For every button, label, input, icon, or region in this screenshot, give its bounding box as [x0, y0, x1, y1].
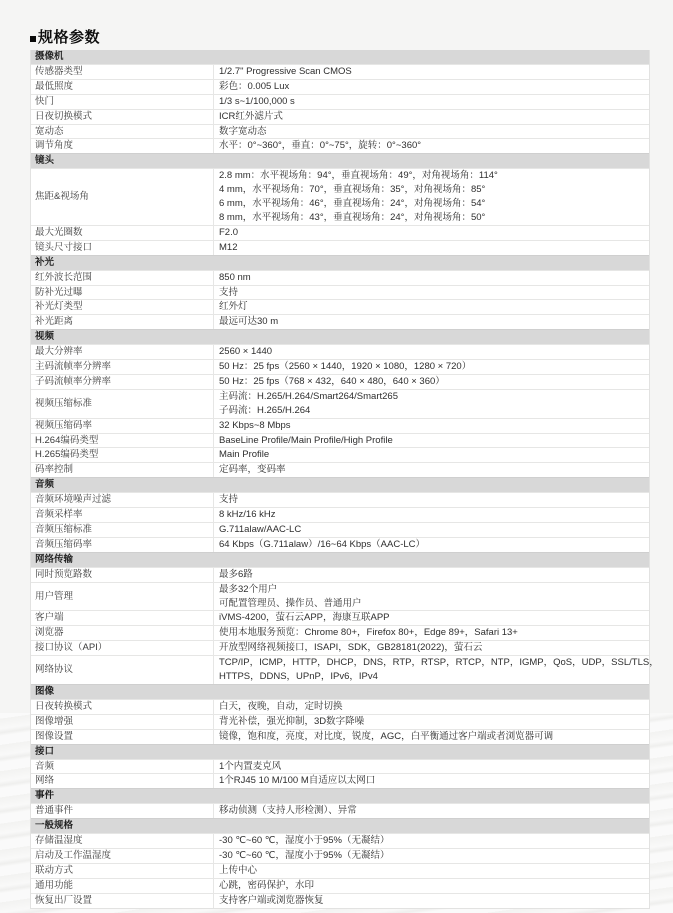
row-value: 上传中心: [214, 864, 649, 878]
table-row: 恢复出厂设置支持客户端或浏览器恢复: [31, 893, 649, 908]
row-value-line: 子码流：H.265/H.264: [219, 404, 649, 418]
row-value-line: 背光补偿，强光抑制，3D数字降噪: [219, 715, 649, 729]
row-value: BaseLine Profile/Main Profile/High Profi…: [214, 434, 649, 448]
row-value: 1/2.7" Progressive Scan CMOS: [214, 65, 649, 79]
table-row: 最低照度彩色：0.005 Lux: [31, 79, 649, 94]
row-label-text: 日夜转换模式: [35, 700, 92, 714]
table-row: 焦距&视场角2.8 mm：水平视场角：94°，垂直视场角：49°，对角视场角：1…: [31, 168, 649, 225]
table-row: 用户管理最多32个用户可配置管理员、操作员、普通用户: [31, 582, 649, 611]
row-label: 音频环境噪声过滤: [31, 493, 214, 507]
table-row: 子码流帧率分辨率50 Hz：25 fps（768 × 432，640 × 480…: [31, 374, 649, 389]
row-label: 图像增强: [31, 715, 214, 729]
row-label: 存储温湿度: [31, 834, 214, 848]
table-row: 码率控制定码率，变码率: [31, 462, 649, 477]
row-value-line: 8 mm，水平视场角：43°，垂直视场角：24°，对角视场角：50°: [219, 211, 649, 225]
row-value-line: 开放型网络视频接口，ISAPI，SDK，GB28181(2022)，萤石云: [219, 641, 649, 655]
row-value: 最多6路: [214, 568, 649, 582]
row-value-line: iVMS-4200，萤石云APP，海康互联APP: [219, 611, 649, 625]
row-label: 宽动态: [31, 125, 214, 139]
row-label: 码率控制: [31, 463, 214, 477]
row-value-line: G.711alaw/AAC-LC: [219, 523, 649, 537]
row-value-line: F2.0: [219, 226, 649, 240]
row-value: 彩色：0.005 Lux: [214, 80, 649, 94]
row-value: 红外灯: [214, 300, 649, 314]
section-header: 网络传输: [31, 552, 649, 567]
row-label-text: 网络协议: [35, 663, 73, 677]
row-value-line: 64 Kbps（G.711alaw）/16~64 Kbps（AAC-LC）: [219, 538, 649, 552]
row-label-text: 联动方式: [35, 864, 73, 878]
table-row: H.265编码类型Main Profile: [31, 447, 649, 462]
row-label: 防补光过曝: [31, 286, 214, 300]
row-value: 水平：0°~360°，垂直：0°~75°，旋转：0°~360°: [214, 139, 649, 153]
table-row: H.264编码类型BaseLine Profile/Main Profile/H…: [31, 433, 649, 448]
row-label-text: 浏览器: [35, 626, 64, 640]
row-value: 最远可达30 m: [214, 315, 649, 329]
row-value: 850 nm: [214, 271, 649, 285]
row-label-text: 图像设置: [35, 730, 73, 744]
row-label: 网络: [31, 774, 214, 788]
row-label: 客户端: [31, 611, 214, 625]
row-label-text: 码率控制: [35, 463, 73, 477]
row-label-text: 子码流帧率分辨率: [35, 375, 111, 389]
table-row: 主码流帧率分辨率50 Hz：25 fps（2560 × 1440，1920 × …: [31, 359, 649, 374]
row-value-line: 1/3 s~1/100,000 s: [219, 95, 649, 109]
table-row: 日夜转换模式白天，夜晚，自动，定时切换: [31, 699, 649, 714]
row-value-line: M12: [219, 241, 649, 255]
table-row: 调节角度水平：0°~360°，垂直：0°~75°，旋转：0°~360°: [31, 138, 649, 153]
row-value-line: 50 Hz：25 fps（768 × 432，640 × 480，640 × 3…: [219, 375, 649, 389]
row-value: 定码率，变码率: [214, 463, 649, 477]
row-label: 接口协议（API）: [31, 641, 214, 655]
row-label: 快门: [31, 95, 214, 109]
row-label: 主码流帧率分辨率: [31, 360, 214, 374]
row-value: -30 ℃~60 ℃，湿度小于95%（无凝结）: [214, 834, 649, 848]
table-row: 网络1个RJ45 10 M/100 M自适应以太网口: [31, 773, 649, 788]
section-header: 音频: [31, 477, 649, 492]
row-value-line: TCP/IP，ICMP，HTTP，DHCP，DNS，RTP，RTSP，RTCP，…: [219, 656, 659, 670]
section-header: 事件: [31, 788, 649, 803]
table-row: 最大光圈数F2.0: [31, 225, 649, 240]
section-header: 镜头: [31, 153, 649, 168]
row-label-text: 日夜切换模式: [35, 110, 92, 124]
row-value: 32 Kbps~8 Mbps: [214, 419, 649, 433]
table-row: 防补光过曝支持: [31, 285, 649, 300]
table-row: 音频1个内置麦克风: [31, 759, 649, 774]
row-value: 白天，夜晚，自动，定时切换: [214, 700, 649, 714]
row-value-line: 上传中心: [219, 864, 649, 878]
row-label: H.265编码类型: [31, 448, 214, 462]
section-header: 摄像机: [31, 50, 649, 64]
row-value-line: BaseLine Profile/Main Profile/High Profi…: [219, 434, 649, 448]
row-label: 补光灯类型: [31, 300, 214, 314]
row-value: 1/3 s~1/100,000 s: [214, 95, 649, 109]
row-value: 64 Kbps（G.711alaw）/16~64 Kbps（AAC-LC）: [214, 538, 649, 552]
table-row: 快门1/3 s~1/100,000 s: [31, 94, 649, 109]
row-value-line: 8 kHz/16 kHz: [219, 508, 649, 522]
row-value: 镜像，饱和度，亮度，对比度，锐度，AGC，白平衡通过客户端或者浏览器可调: [214, 730, 649, 744]
row-value: 使用本地服务预览：Chrome 80+，Firefox 80+，Edge 89+…: [214, 626, 649, 640]
row-label-text: 音频环境噪声过滤: [35, 493, 111, 507]
row-value: ICR红外滤片式: [214, 110, 649, 124]
row-label: 调节角度: [31, 139, 214, 153]
table-row: 视频压缩标准主码流：H.265/H.264/Smart264/Smart265子…: [31, 389, 649, 418]
row-value-line: 最多32个用户: [219, 583, 649, 597]
table-row: 客户端iVMS-4200，萤石云APP，海康互联APP: [31, 610, 649, 625]
table-row: 最大分辨率2560 × 1440: [31, 344, 649, 359]
row-label: 红外波长范围: [31, 271, 214, 285]
row-label-text: 红外波长范围: [35, 271, 92, 285]
row-value: 心跳，密码保护，水印: [214, 879, 649, 893]
row-label-text: 视频压缩码率: [35, 419, 92, 433]
row-label-text: 快门: [35, 95, 54, 109]
row-value-line: 6 mm，水平视场角：46°，垂直视场角：24°，对角视场角：54°: [219, 197, 649, 211]
row-value-line: 支持客户端或浏览器恢复: [219, 894, 649, 908]
row-value: TCP/IP，ICMP，HTTP，DHCP，DNS，RTP，RTSP，RTCP，…: [214, 656, 659, 684]
row-label-text: 最大分辨率: [35, 345, 83, 359]
row-value-line: ICR红外滤片式: [219, 110, 649, 124]
row-label-text: 防补光过曝: [35, 286, 83, 300]
row-value: 支持客户端或浏览器恢复: [214, 894, 649, 908]
table-row: 日夜切换模式ICR红外滤片式: [31, 109, 649, 124]
row-value-line: Main Profile: [219, 448, 649, 462]
row-label: 音频: [31, 760, 214, 774]
row-value: 主码流：H.265/H.264/Smart264/Smart265子码流：H.2…: [214, 390, 649, 418]
row-value-line: -30 ℃~60 ℃，湿度小于95%（无凝结）: [219, 849, 649, 863]
row-label: 同时预览路数: [31, 568, 214, 582]
row-label: 最大光圈数: [31, 226, 214, 240]
row-label: 日夜切换模式: [31, 110, 214, 124]
row-label-text: 图像增强: [35, 715, 73, 729]
row-label-text: 音频: [35, 760, 54, 774]
table-row: 音频环境噪声过滤支持: [31, 492, 649, 507]
row-value: 50 Hz：25 fps（2560 × 1440，1920 × 1080，128…: [214, 360, 649, 374]
row-label: 音频采样率: [31, 508, 214, 522]
row-value-line: 水平：0°~360°，垂直：0°~75°，旋转：0°~360°: [219, 139, 649, 153]
row-value-line: 850 nm: [219, 271, 649, 285]
row-label: H.264编码类型: [31, 434, 214, 448]
table-row: 联动方式上传中心: [31, 863, 649, 878]
section-header: 图像: [31, 684, 649, 699]
section-header: 接口: [31, 744, 649, 759]
row-value-line: 最远可达30 m: [219, 315, 649, 329]
row-label-text: 通用功能: [35, 879, 73, 893]
row-value-line: HTTPS，DDNS，UPnP，IPv6，IPv4: [219, 670, 659, 684]
row-value-line: 32 Kbps~8 Mbps: [219, 419, 649, 433]
row-label: 补光距离: [31, 315, 214, 329]
row-value: G.711alaw/AAC-LC: [214, 523, 649, 537]
row-value-line: 白天，夜晚，自动，定时切换: [219, 700, 649, 714]
row-label-text: 存储温湿度: [35, 834, 83, 848]
row-label-text: 补光距离: [35, 315, 73, 329]
row-label: 焦距&视场角: [31, 169, 214, 225]
row-label-text: 普通事件: [35, 804, 73, 818]
row-value: 背光补偿，强光抑制，3D数字降噪: [214, 715, 649, 729]
row-value: 2560 × 1440: [214, 345, 649, 359]
row-label-text: 网络: [35, 774, 54, 788]
row-value-line: 4 mm，水平视场角：70°，垂直视场角：35°，对角视场角：85°: [219, 183, 649, 197]
page-title: 规格参数: [30, 26, 673, 47]
row-label-text: 主码流帧率分辨率: [35, 360, 111, 374]
row-value-line: 使用本地服务预览：Chrome 80+，Firefox 80+，Edge 89+…: [219, 626, 649, 640]
page-title-text: 规格参数: [38, 26, 100, 47]
table-row: 红外波长范围850 nm: [31, 270, 649, 285]
row-label: 子码流帧率分辨率: [31, 375, 214, 389]
row-value-line: 数字宽动态: [219, 125, 649, 139]
table-row: 图像增强背光补偿，强光抑制，3D数字降噪: [31, 714, 649, 729]
row-value: -30 ℃~60 ℃，湿度小于95%（无凝结）: [214, 849, 649, 863]
table-row: 普通事件移动侦测（支持人形检测）、异常: [31, 803, 649, 818]
row-label-text: H.264编码类型: [35, 434, 98, 448]
row-value-line: 1/2.7" Progressive Scan CMOS: [219, 65, 649, 79]
row-label-text: 补光灯类型: [35, 300, 83, 314]
section-header: 补光: [31, 255, 649, 270]
row-label: 日夜转换模式: [31, 700, 214, 714]
row-label-text: 视频压缩标准: [35, 397, 92, 411]
table-row: 启动及工作温湿度-30 ℃~60 ℃，湿度小于95%（无凝结）: [31, 848, 649, 863]
row-value-line: 红外灯: [219, 300, 649, 314]
row-value-line: 彩色：0.005 Lux: [219, 80, 649, 94]
row-label: 最低照度: [31, 80, 214, 94]
row-label: 视频压缩标准: [31, 390, 214, 418]
row-value-line: 移动侦测（支持人形检测）、异常: [219, 804, 649, 818]
row-label-text: 传感器类型: [35, 65, 83, 79]
row-value: 最多32个用户可配置管理员、操作员、普通用户: [214, 583, 649, 611]
row-value: 支持: [214, 493, 649, 507]
row-label-text: 最低照度: [35, 80, 73, 94]
table-row: 镜头尺寸接口M12: [31, 240, 649, 255]
table-row: 传感器类型1/2.7" Progressive Scan CMOS: [31, 64, 649, 79]
table-row: 浏览器使用本地服务预览：Chrome 80+，Firefox 80+，Edge …: [31, 625, 649, 640]
row-label-text: 启动及工作温湿度: [35, 849, 111, 863]
row-value-line: 50 Hz：25 fps（2560 × 1440，1920 × 1080，128…: [219, 360, 649, 374]
row-value: iVMS-4200，萤石云APP，海康互联APP: [214, 611, 649, 625]
table-row: 音频采样率8 kHz/16 kHz: [31, 507, 649, 522]
row-label: 启动及工作温湿度: [31, 849, 214, 863]
row-label-text: 用户管理: [35, 590, 73, 604]
row-label-text: 客户端: [35, 611, 64, 625]
table-row: 补光距离最远可达30 m: [31, 314, 649, 329]
row-label: 图像设置: [31, 730, 214, 744]
row-value: 移动侦测（支持人形检测）、异常: [214, 804, 649, 818]
table-row: 网络协议TCP/IP，ICMP，HTTP，DHCP，DNS，RTP，RTSP，R…: [31, 655, 649, 684]
row-value-line: 支持: [219, 493, 649, 507]
row-value: 8 kHz/16 kHz: [214, 508, 649, 522]
row-value-line: 2.8 mm：水平视场角：94°，垂直视场角：49°，对角视场角：114°: [219, 169, 649, 183]
row-value-line: 支持: [219, 286, 649, 300]
row-label-text: 最大光圈数: [35, 226, 83, 240]
table-row: 宽动态数字宽动态: [31, 124, 649, 139]
row-label: 恢复出厂设置: [31, 894, 214, 908]
spec-table: 摄像机传感器类型1/2.7" Progressive Scan CMOS最低照度…: [30, 50, 650, 909]
row-value: M12: [214, 241, 649, 255]
row-label-text: 调节角度: [35, 139, 73, 153]
bullet-square-icon: [30, 36, 36, 42]
table-row: 视频压缩码率32 Kbps~8 Mbps: [31, 418, 649, 433]
row-value-line: -30 ℃~60 ℃，湿度小于95%（无凝结）: [219, 834, 649, 848]
table-row: 同时预览路数最多6路: [31, 567, 649, 582]
row-value-line: 定码率，变码率: [219, 463, 649, 477]
row-label-text: 恢复出厂设置: [35, 894, 92, 908]
row-label-text: H.265编码类型: [35, 448, 98, 462]
row-label-text: 音频采样率: [35, 508, 83, 522]
row-label-text: 同时预览路数: [35, 568, 92, 582]
row-value-line: 可配置管理员、操作员、普通用户: [219, 597, 649, 611]
row-value: F2.0: [214, 226, 649, 240]
row-value-line: 2560 × 1440: [219, 345, 649, 359]
row-value: 数字宽动态: [214, 125, 649, 139]
row-label: 用户管理: [31, 583, 214, 611]
table-row: 接口协议（API）开放型网络视频接口，ISAPI，SDK，GB28181(202…: [31, 640, 649, 655]
row-value-line: 1个内置麦克风: [219, 760, 649, 774]
row-label: 通用功能: [31, 879, 214, 893]
row-value: 1个RJ45 10 M/100 M自适应以太网口: [214, 774, 649, 788]
row-label-text: 音频压缩标准: [35, 523, 92, 537]
row-label-text: 镜头尺寸接口: [35, 241, 92, 255]
row-value: 开放型网络视频接口，ISAPI，SDK，GB28181(2022)，萤石云: [214, 641, 649, 655]
row-value-line: 心跳，密码保护，水印: [219, 879, 649, 893]
row-label-text: 焦距&视场角: [35, 190, 89, 204]
row-value-line: 最多6路: [219, 568, 649, 582]
row-label: 浏览器: [31, 626, 214, 640]
row-label: 音频压缩标准: [31, 523, 214, 537]
row-label: 视频压缩码率: [31, 419, 214, 433]
row-value: 2.8 mm：水平视场角：94°，垂直视场角：49°，对角视场角：114°4 m…: [214, 169, 649, 225]
table-row: 图像设置镜像，饱和度，亮度，对比度，锐度，AGC，白平衡通过客户端或者浏览器可调: [31, 729, 649, 744]
table-row: 存储温湿度-30 ℃~60 ℃，湿度小于95%（无凝结）: [31, 833, 649, 848]
row-label: 普通事件: [31, 804, 214, 818]
row-label: 网络协议: [31, 656, 214, 684]
table-row: 音频压缩标准G.711alaw/AAC-LC: [31, 522, 649, 537]
row-label-text: 接口协议（API）: [35, 641, 107, 655]
row-label: 传感器类型: [31, 65, 214, 79]
table-row: 通用功能心跳，密码保护，水印: [31, 878, 649, 893]
row-value: 支持: [214, 286, 649, 300]
section-header: 视频: [31, 329, 649, 344]
row-value-line: 1个RJ45 10 M/100 M自适应以太网口: [219, 774, 649, 788]
table-row: 补光灯类型红外灯: [31, 299, 649, 314]
row-value: Main Profile: [214, 448, 649, 462]
row-value-line: 镜像，饱和度，亮度，对比度，锐度，AGC，白平衡通过客户端或者浏览器可调: [219, 730, 649, 744]
row-label: 音频压缩码率: [31, 538, 214, 552]
row-label: 镜头尺寸接口: [31, 241, 214, 255]
row-label: 联动方式: [31, 864, 214, 878]
row-label: 最大分辨率: [31, 345, 214, 359]
row-value: 1个内置麦克风: [214, 760, 649, 774]
section-header: 一般规格: [31, 818, 649, 833]
row-label-text: 音频压缩码率: [35, 538, 92, 552]
row-value-line: 主码流：H.265/H.264/Smart264/Smart265: [219, 390, 649, 404]
table-row: 音频压缩码率64 Kbps（G.711alaw）/16~64 Kbps（AAC-…: [31, 537, 649, 552]
row-label-text: 宽动态: [35, 125, 64, 139]
row-value: 50 Hz：25 fps（768 × 432，640 × 480，640 × 3…: [214, 375, 649, 389]
